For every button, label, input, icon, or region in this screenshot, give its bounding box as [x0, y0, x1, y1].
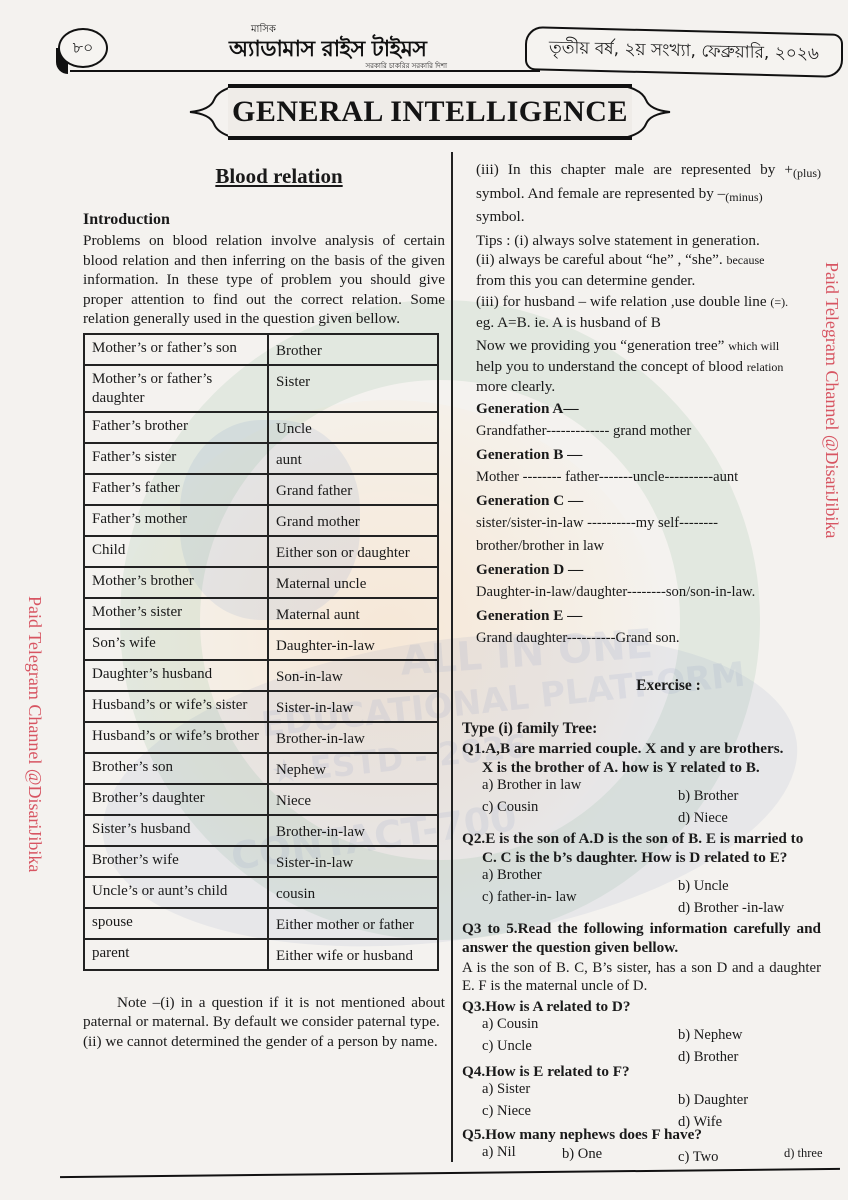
- q1-option-d: d) Niece: [678, 810, 728, 827]
- table-row: Father’s brotherUncle: [84, 412, 438, 443]
- table-row: Father’s motherGrand mother: [84, 505, 438, 536]
- q3-option-b: b) Nephew: [678, 1027, 742, 1044]
- question-5: Q5.How many nephews does F have?: [462, 1125, 821, 1144]
- issue-info: তৃতীয় বর্ষ, ২য় সংখ্যা, ফেব্রুয়ারি, ২০…: [525, 26, 843, 78]
- q5-option-b: b) One: [562, 1146, 602, 1163]
- q5-options: a) Nil b) One c) Two d) three: [482, 1144, 821, 1166]
- rule-iii-text-a: (iii) In this chapter male are represent…: [476, 161, 793, 178]
- relation-description: Father’s father: [84, 474, 268, 505]
- q2-line1: Q2.E is the son of A.D is the son of B. …: [462, 830, 803, 847]
- page-header: ৮০ মাসিক অ্যাডামাস রাইস টাইমস সরকারি চাক…: [0, 0, 848, 80]
- generation-heading: Generation A—: [476, 397, 821, 420]
- generation-heading: Generation B —: [476, 443, 821, 466]
- relation-name: Nephew: [268, 753, 438, 784]
- q3-option-d: d) Brother: [678, 1049, 738, 1066]
- note-block: Note –(i) in a question if it is not men…: [83, 993, 445, 1052]
- relation-name: Brother: [268, 334, 438, 365]
- q3-5-heading: Q3 to 5.Read the following information c…: [462, 919, 821, 957]
- table-row: Husband’s or wife’s sisterSister-in-law: [84, 691, 438, 722]
- relation-name: aunt: [268, 443, 438, 474]
- relation-description: Brother’s daughter: [84, 784, 268, 815]
- question-3: Q3.How is A related to D?: [462, 997, 821, 1016]
- rule-iii-text-c: symbol.: [476, 208, 525, 225]
- q1-option-a: a) Brother in law: [482, 777, 581, 794]
- q2-option-a: a) Brother: [482, 867, 542, 884]
- table-row: Mother’s or father’s daughterSister: [84, 365, 438, 412]
- section-banner: GENERAL INTELLIGENCE: [188, 82, 672, 142]
- relation-name: Sister: [268, 365, 438, 412]
- left-column: Blood relation Introduction Problems on …: [83, 160, 445, 1051]
- table-row: spouseEither mother or father: [84, 908, 438, 939]
- table-row: Mother’s sisterMaternal aunt: [84, 598, 438, 629]
- banner-box: GENERAL INTELLIGENCE: [228, 84, 632, 140]
- q2-option-d: d) Brother -in-law: [678, 900, 784, 917]
- relation-table: Mother’s or father’s sonBrotherMother’s …: [83, 333, 439, 971]
- q5-option-a: a) Nil: [482, 1144, 516, 1161]
- table-row: Sister’s husbandBrother-in-law: [84, 815, 438, 846]
- q4-option-a: a) Sister: [482, 1081, 530, 1098]
- q1-options: a) Brother in law b) Brother c) Cousin d…: [482, 777, 821, 821]
- banner-right-arrow-icon: [622, 82, 672, 142]
- table-row: ChildEither son or daughter: [84, 536, 438, 567]
- relation-description: parent: [84, 939, 268, 970]
- relation-name: Either wife or husband: [268, 939, 438, 970]
- rule-iii-plus: (plus): [793, 166, 821, 180]
- question-2: Q2.E is the son of A.D is the son of B. …: [462, 829, 821, 867]
- gen-intro-a: Now we providing you “generation tree”: [476, 337, 724, 354]
- relation-name: Daughter-in-law: [268, 629, 438, 660]
- relation-description: Husband’s or wife’s brother: [84, 722, 268, 753]
- relation-description: Sister’s husband: [84, 815, 268, 846]
- relation-description: Daughter’s husband: [84, 660, 268, 691]
- q3-option-c: c) Uncle: [482, 1038, 532, 1055]
- table-row: Mother’s brotherMaternal uncle: [84, 567, 438, 598]
- banner-title: GENERAL INTELLIGENCE: [232, 95, 628, 129]
- generation-line: Mother -------- father-------uncle------…: [476, 466, 821, 489]
- q3-5-info: A is the son of B. C, B’s sister, has a …: [462, 959, 821, 995]
- generation-intro: Now we providing you “generation tree” w…: [476, 336, 821, 397]
- relation-name: Grand mother: [268, 505, 438, 536]
- q5-option-d: d) three: [784, 1146, 823, 1161]
- q4-options: a) Sister b) Daughter c) Niece d) Wife: [482, 1081, 821, 1125]
- tips-2: (ii) always be careful about “he” , “she…: [476, 250, 821, 290]
- relation-name: Uncle: [268, 412, 438, 443]
- bottom-rule: [60, 1168, 840, 1178]
- table-row: Uncle’s or aunt’s childcousin: [84, 877, 438, 908]
- tips-2-cont: from this you can determine gender.: [476, 272, 695, 289]
- generation-line: Daughter-in-law/daughter--------son/son-…: [476, 581, 821, 604]
- masthead: মাসিক অ্যাডামাস রাইস টাইমস সরকারি চাকরির…: [225, 22, 455, 70]
- rule-iii-text-b: symbol. And female are represented by –: [476, 185, 725, 202]
- tips-3: (iii) for husband – wife relation ,use d…: [476, 292, 821, 332]
- question-1: Q1.A,B are married couple. X and y are b…: [462, 739, 821, 777]
- relation-description: Son’s wife: [84, 629, 268, 660]
- tips-1: Tips : (i) always solve statement in gen…: [476, 231, 821, 251]
- relation-name: Either mother or father: [268, 908, 438, 939]
- side-watermark-left: Paid Telegram Channel @DisariJibika: [24, 596, 45, 872]
- relation-description: Husband’s or wife’s sister: [84, 691, 268, 722]
- relation-description: Child: [84, 536, 268, 567]
- right-column: (iii) In this chapter male are represent…: [476, 160, 821, 1166]
- side-watermark-right: Paid Telegram Channel @DisariJibika: [821, 262, 842, 538]
- relation-description: Mother’s brother: [84, 567, 268, 598]
- relation-description: Mother’s sister: [84, 598, 268, 629]
- relation-name: Son-in-law: [268, 660, 438, 691]
- q3-options: a) Cousin b) Nephew c) Uncle d) Brother: [482, 1016, 821, 1060]
- q4-option-d: d) Wife: [678, 1114, 722, 1131]
- table-row: parentEither wife or husband: [84, 939, 438, 970]
- relation-name: Niece: [268, 784, 438, 815]
- table-row: Father’s fatherGrand father: [84, 474, 438, 505]
- relation-name: Brother-in-law: [268, 815, 438, 846]
- q2-option-c: c) father-in- law: [482, 889, 577, 906]
- note-1-text: Note –(i) in a question if it is not men…: [83, 994, 445, 1031]
- relation-description: Brother’s wife: [84, 846, 268, 877]
- relation-name: Either son or daughter: [268, 536, 438, 567]
- tips-2-text: (ii) always be careful about “he” , “she…: [476, 251, 723, 268]
- relation-name: Maternal uncle: [268, 567, 438, 598]
- table-row: Brother’s daughterNiece: [84, 784, 438, 815]
- gen-intro-e: more clearly.: [476, 378, 555, 395]
- q4-option-c: c) Niece: [482, 1103, 531, 1120]
- header-rule: [70, 70, 540, 72]
- column-divider: [451, 152, 453, 1162]
- generation-heading: Generation E —: [476, 604, 821, 627]
- q5-option-c: c) Two: [678, 1149, 718, 1166]
- q1-option-c: c) Cousin: [482, 799, 538, 816]
- rule-iii-minus: (minus): [725, 190, 762, 204]
- q1-option-b: b) Brother: [678, 788, 738, 805]
- generation-heading: Generation C —: [476, 489, 821, 512]
- magazine-page: ALL IN ONE EDUCATIONAL PLATFORM ★ ESTD -…: [0, 0, 848, 1200]
- note-1: Note –(i) in a question if it is not men…: [83, 993, 445, 1032]
- relation-name: Sister-in-law: [268, 691, 438, 722]
- page-number: ৮০: [58, 28, 108, 68]
- relation-name: Sister-in-law: [268, 846, 438, 877]
- q4-option-b: b) Daughter: [678, 1092, 748, 1109]
- generation-line: sister/sister-in-law ----------my self--…: [476, 512, 821, 535]
- relation-description: spouse: [84, 908, 268, 939]
- exercise-title: Exercise :: [516, 677, 821, 695]
- relation-name: Grand father: [268, 474, 438, 505]
- table-row: Father’s sisteraunt: [84, 443, 438, 474]
- tips-2-because: because: [726, 253, 764, 267]
- q3-option-a: a) Cousin: [482, 1016, 538, 1033]
- relation-description: Mother’s or father’s son: [84, 334, 268, 365]
- q1-line2: X is the brother of A. how is Y related …: [462, 758, 821, 777]
- issue-info-text: তৃতীয় বর্ষ, ২য় সংখ্যা, ফেব্রুয়ারি, ২০…: [549, 35, 819, 70]
- table-row: Brother’s wifeSister-in-law: [84, 846, 438, 877]
- type-heading: Type (i) family Tree:: [462, 719, 821, 739]
- generation-heading: Generation D —: [476, 558, 821, 581]
- table-row: Husband’s or wife’s brotherBrother-in-la…: [84, 722, 438, 753]
- tips-3-example: eg. A=B. ie. A is husband of B: [476, 314, 661, 331]
- generation-line: Grandfather------------- grand mother: [476, 420, 821, 443]
- q2-option-b: b) Uncle: [678, 878, 729, 895]
- note-2: (ii) we cannot determined the gender of …: [83, 1032, 445, 1052]
- relation-name: Maternal aunt: [268, 598, 438, 629]
- q2-line2: C. C is the b’s daughter. How is D relat…: [462, 848, 821, 867]
- table-row: Mother’s or father’s sonBrother: [84, 334, 438, 365]
- relation-description: Mother’s or father’s daughter: [84, 365, 268, 412]
- relation-name: cousin: [268, 877, 438, 908]
- intro-body: Problems on blood relation involve analy…: [83, 231, 445, 329]
- relation-description: Father’s sister: [84, 443, 268, 474]
- tips-3-symbol: (=).: [770, 295, 788, 309]
- table-row: Daughter’s husbandSon-in-law: [84, 660, 438, 691]
- generation-tree: Generation A—Grandfather------------- gr…: [476, 397, 821, 650]
- section-title: Blood relation: [113, 164, 445, 189]
- table-row: Brother’s sonNephew: [84, 753, 438, 784]
- relation-name: Brother-in-law: [268, 722, 438, 753]
- gen-intro-b: which will: [728, 339, 779, 353]
- relation-description: Uncle’s or aunt’s child: [84, 877, 268, 908]
- relation-description: Father’s brother: [84, 412, 268, 443]
- generation-line: brother/brother in law: [476, 535, 821, 558]
- gen-intro-d: relation: [747, 360, 784, 374]
- relation-description: Brother’s son: [84, 753, 268, 784]
- intro-heading: Introduction: [83, 211, 445, 229]
- q1-line1: Q1.A,B are married couple. X and y are b…: [462, 740, 783, 757]
- masthead-tagline: সরকারি চাকরির সরকারি দিশা: [366, 60, 447, 72]
- question-4: Q4.How is E related to F?: [462, 1062, 821, 1081]
- rule-iii: (iii) In this chapter male are represent…: [476, 160, 821, 227]
- table-row: Son’s wifeDaughter-in-law: [84, 629, 438, 660]
- generation-line: Grand daughter----------Grand son.: [476, 627, 821, 650]
- gen-intro-c: help you to understand the concept of bl…: [476, 358, 743, 375]
- relation-description: Father’s mother: [84, 505, 268, 536]
- q2-options: a) Brother b) Uncle c) father-in- law d)…: [482, 867, 821, 911]
- tips-3-text: (iii) for husband – wife relation ,use d…: [476, 293, 767, 310]
